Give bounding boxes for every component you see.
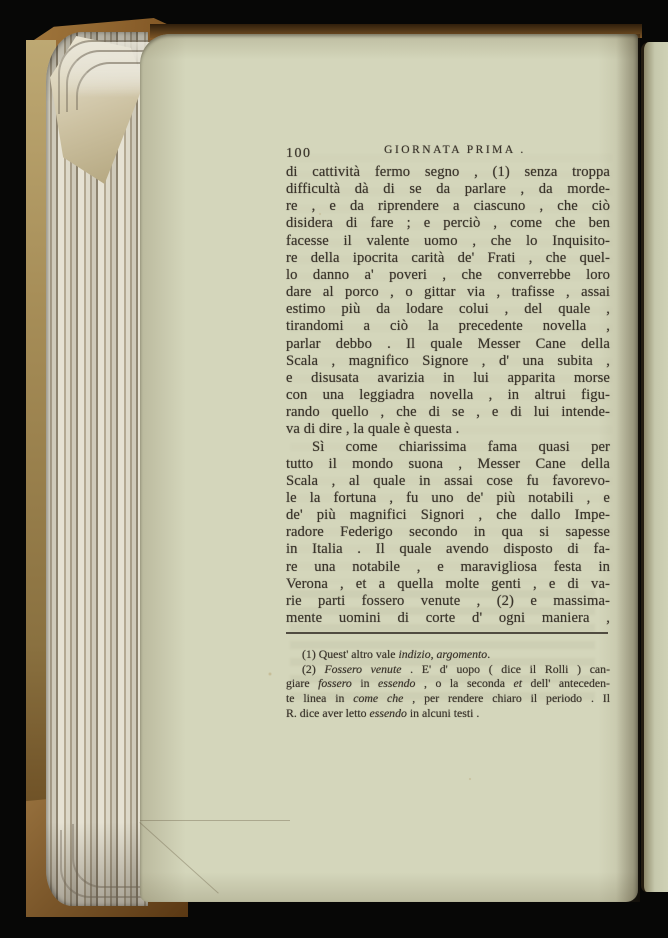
footnote-text: , o la seconda xyxy=(415,676,513,690)
body-text-line: re della ipocrita carità de' Frati , che… xyxy=(286,250,610,267)
footnote-italic-text: argomento xyxy=(437,647,488,661)
body-text-line: tutto il mondo suona , Messer Cane della xyxy=(286,456,610,473)
body-text-line: con una leggiadra novella , in altrui fi… xyxy=(286,387,610,404)
footnote-line: R. dice aver letto essendo in alcuni tes… xyxy=(286,706,610,721)
gutter-shadow xyxy=(616,34,640,902)
body-text-line: dare al porco , o gittar via , trafisse … xyxy=(286,284,610,301)
page-header: 100 GIORNATA PRIMA . xyxy=(286,144,610,164)
body-text-line: mente uomini di corte d' ogni maniera , xyxy=(286,610,610,627)
page-number: 100 xyxy=(286,146,312,162)
footnote-text: (2) xyxy=(302,662,324,676)
footnote-text: R. dice aver letto xyxy=(286,706,370,720)
footnote-text: . E' d' uopo ( dice il Rolli ) can- xyxy=(401,662,610,676)
body-text-line: disidera di fare ; e perciò , come che b… xyxy=(286,215,610,232)
footnotes: (1) Quest' altro vale indizio, argomento… xyxy=(286,647,610,720)
body-text-line: in Italia . Il quale avendo disposto di … xyxy=(286,541,610,558)
body-text-line: e disusata avarizia in lui apparita mors… xyxy=(286,370,610,387)
footnote-italic-text: fossero xyxy=(318,676,352,690)
footnote-text: . xyxy=(487,647,490,661)
body-text-line: di cattività fermo segno , (1) senza tro… xyxy=(286,164,610,181)
body-text-line: difficultà dà di se da parlare , da mord… xyxy=(286,181,610,198)
facing-page-edge xyxy=(641,42,668,892)
body-text-line: Verona , et a quella molte genti , e di … xyxy=(286,576,610,593)
body-text-line: Scala , al quale in assai cose fu favore… xyxy=(286,473,610,490)
footnote-line: te linea in come che , per rendere chiar… xyxy=(286,691,610,706)
body-text: di cattività fermo segno , (1) senza tro… xyxy=(286,164,610,627)
footnote-italic-text: come che xyxy=(353,691,403,705)
body-text-line: Scala , magnifico Signore , d' una subit… xyxy=(286,353,610,370)
footnote-text: in xyxy=(352,676,378,690)
footnote-line: (1) Quest' altro vale indizio, argomento… xyxy=(286,647,610,662)
body-text-line: radore Federigo secondo in qua si sapess… xyxy=(286,524,610,541)
footnote-line: (2) Fossero venute . E' d' uopo ( dice i… xyxy=(286,662,610,677)
running-header: GIORNATA PRIMA . xyxy=(286,144,610,156)
footnote-text: te linea in xyxy=(286,691,353,705)
footnote-italic-text: essendo xyxy=(370,706,407,720)
body-text-line: re una notabile , e maravigliosa festa i… xyxy=(286,559,610,576)
body-text-line: tirandomi a ciò la precedente novella , xyxy=(286,318,610,335)
page-crease xyxy=(139,822,218,894)
body-text-line: rando quello , che di se , e di lui inte… xyxy=(286,404,610,421)
body-text-line: Sì come chiarissima fama quasi per xyxy=(286,439,610,456)
book-photo: 100 GIORNATA PRIMA . di cattività fermo … xyxy=(0,0,668,938)
body-text-line: estimo più da lodare colui , del quale , xyxy=(286,301,610,318)
body-text-line: va di dire , la quale è questa . xyxy=(286,421,610,438)
page-crease xyxy=(140,820,290,821)
footnote-text: in alcuni testi . xyxy=(407,706,479,720)
footnote-line: giare fossero in essendo , o la seconda … xyxy=(286,676,610,691)
body-text-line: parlar debbo . Il quale Messer Cane dell… xyxy=(286,336,610,353)
body-text-line: rie parti fossero venute , (2) e massima… xyxy=(286,593,610,610)
printed-text-block: 100 GIORNATA PRIMA . di cattività fermo … xyxy=(286,144,610,720)
body-text-line: de' più magnifici Signori , che dallo Im… xyxy=(286,507,610,524)
body-text-line: lo danno a' poveri , che converrebbe lor… xyxy=(286,267,610,284)
footnote-rule xyxy=(286,632,608,634)
book-page: 100 GIORNATA PRIMA . di cattività fermo … xyxy=(140,34,638,902)
body-text-line: re , e da riprendere a ciascuno , che ci… xyxy=(286,198,610,215)
footnote-text: dell' anteceden- xyxy=(522,676,610,690)
body-text-line: facesse il valente uomo , che lo Inquisi… xyxy=(286,233,610,250)
footnote-italic-text: et xyxy=(513,676,522,690)
footnote-text: giare xyxy=(286,676,318,690)
footnote-text: (1) Quest' altro vale xyxy=(302,647,398,661)
footnote-italic-text: Fossero venute xyxy=(324,662,401,676)
footnote-italic-text: essendo xyxy=(378,676,415,690)
footnote-text: , per rendere chiaro il periodo . Il xyxy=(403,691,610,705)
body-text-line: le la fortuna , fu uno de' più notabili … xyxy=(286,490,610,507)
footnote-italic-text: indizio xyxy=(398,647,430,661)
